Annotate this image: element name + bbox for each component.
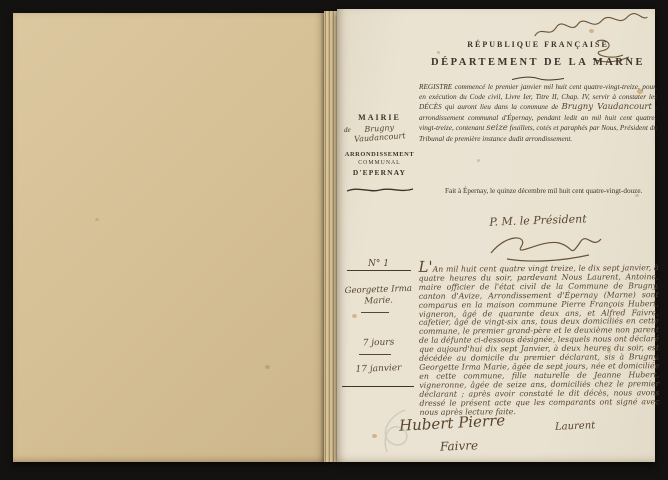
stain <box>589 29 594 33</box>
stain <box>265 365 270 369</box>
death-act-body: L'An mil huit cent quatre vingt treize, … <box>418 261 659 417</box>
mairie-arrondissement: ARRONDISSEMENT <box>340 151 419 158</box>
deceased-age-margin: 7 jours <box>340 337 417 350</box>
departement-heading: DÉPARTEMENT DE LA MARNE <box>419 57 657 68</box>
stain <box>477 159 480 162</box>
margin-underline <box>359 354 391 355</box>
mairie-epernay: D'EPERNAY <box>340 168 419 177</box>
stain <box>372 434 377 438</box>
stain <box>635 194 639 197</box>
stain <box>437 51 440 54</box>
deceased-name-margin: Georgette Irma Marie. <box>340 284 418 309</box>
feuillets-handwritten-fill: seize <box>486 123 508 133</box>
stain <box>607 349 611 353</box>
margin-underline <box>361 312 389 313</box>
stain <box>637 89 643 94</box>
stain <box>352 314 357 318</box>
republique-heading: RÉPUBLIQUE FRANÇAISE <box>419 40 657 49</box>
signature-laurent: Laurent <box>555 420 596 432</box>
left-page-blank <box>13 13 324 462</box>
mairie-commune-handwritten: Brugny Vaudancourt <box>339 121 419 144</box>
signature-faivre: Faivre <box>440 438 479 453</box>
mairie-title: MAIRIE <box>340 113 419 122</box>
ornamental-divider <box>512 75 564 82</box>
mairie-communal: COMMUNAL <box>340 160 419 166</box>
registre-declaration: REGISTRE commencé le premier janvier mil… <box>419 82 657 143</box>
stain <box>95 218 99 221</box>
commune-handwritten-fill: Brugny Vaudancourt <box>562 102 652 112</box>
act-number: N° 1 <box>340 259 417 271</box>
president-signature-scribble <box>477 229 607 265</box>
act-number-label: N° 1 <box>347 259 411 271</box>
mairie-flourish-divider <box>345 185 415 195</box>
right-page-register: RÉPUBLIQUE FRANÇAISE DÉPARTEMENT DE LA M… <box>337 9 655 462</box>
page-binding-edge <box>324 11 337 462</box>
mairie-margin-block: MAIRIE de Brugny Vaudancourt ARRONDISSEM… <box>340 113 419 200</box>
act-date-margin: 17 janvier <box>340 363 417 376</box>
fait-a-epernay-line: Fait à Épernay, le quinze décembre mil h… <box>419 186 657 196</box>
margin-closing-rule <box>342 386 414 387</box>
president-handwritten-line: P. M. le Président <box>419 210 657 231</box>
register-scan: RÉPUBLIQUE FRANÇAISE DÉPARTEMENT DE LA M… <box>0 0 668 480</box>
pencil-ghost-mark <box>365 404 425 459</box>
